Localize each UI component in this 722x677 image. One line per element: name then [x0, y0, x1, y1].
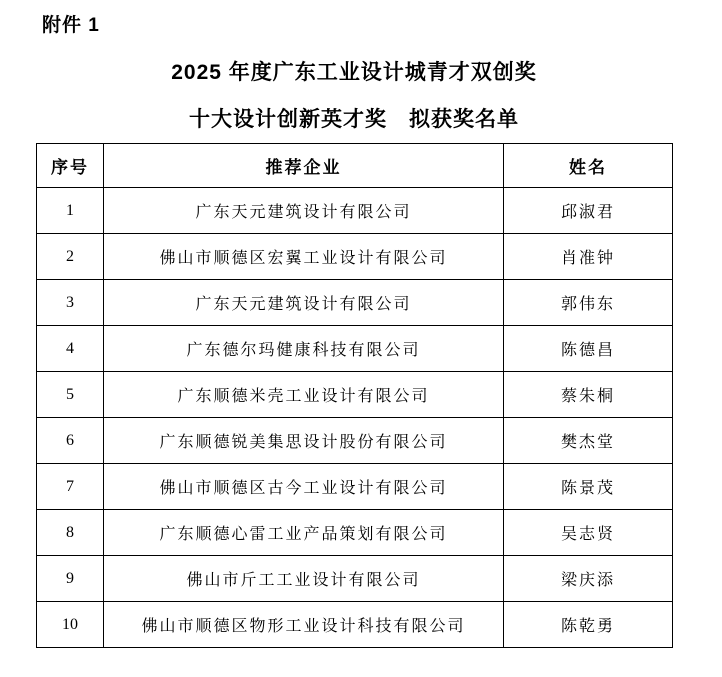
cell-no: 1 [37, 188, 104, 234]
table-row: 1 广东天元建筑设计有限公司 邱淑君 [37, 188, 673, 234]
document-page: 附件 1 2025 年度广东工业设计城青才双创奖 十大设计创新英才奖 拟获奖名单… [0, 0, 722, 677]
cell-no: 6 [37, 418, 104, 464]
table-row: 7 佛山市顺德区古今工业设计有限公司 陈景茂 [37, 464, 673, 510]
doc-title: 2025 年度广东工业设计城青才双创奖 [36, 56, 672, 86]
cell-no: 3 [37, 280, 104, 326]
cell-name: 陈景茂 [504, 464, 673, 510]
doc-subtitle: 十大设计创新英才奖 拟获奖名单 [36, 103, 672, 133]
cell-name: 陈德昌 [504, 326, 673, 372]
cell-company: 佛山市斤工工业设计有限公司 [104, 556, 504, 602]
cell-company: 佛山市顺德区古今工业设计有限公司 [104, 464, 504, 510]
table-row: 9 佛山市斤工工业设计有限公司 梁庆添 [37, 556, 673, 602]
cell-company: 广东天元建筑设计有限公司 [104, 188, 504, 234]
cell-name: 吴志贤 [504, 510, 673, 556]
table-header-row: 序号 推荐企业 姓名 [37, 144, 673, 188]
col-header-company: 推荐企业 [104, 144, 504, 188]
cell-no: 4 [37, 326, 104, 372]
table-row: 3 广东天元建筑设计有限公司 郭伟东 [37, 280, 673, 326]
table-row: 8 广东顺德心雷工业产品策划有限公司 吴志贤 [37, 510, 673, 556]
table-row: 6 广东顺德锐美集思设计股份有限公司 樊杰堂 [37, 418, 673, 464]
cell-company: 广东顺德米壳工业设计有限公司 [104, 372, 504, 418]
table-row: 2 佛山市顺德区宏翼工业设计有限公司 肖准钟 [37, 234, 673, 280]
cell-no: 10 [37, 602, 104, 648]
table-row: 4 广东德尔玛健康科技有限公司 陈德昌 [37, 326, 673, 372]
cell-no: 7 [37, 464, 104, 510]
cell-name: 邱淑君 [504, 188, 673, 234]
col-header-index: 序号 [37, 144, 104, 188]
cell-company: 广东天元建筑设计有限公司 [104, 280, 504, 326]
award-table: 序号 推荐企业 姓名 1 广东天元建筑设计有限公司 邱淑君 2 佛山市顺德区宏翼… [36, 143, 673, 648]
cell-name: 樊杰堂 [504, 418, 673, 464]
cell-name: 陈乾勇 [504, 602, 673, 648]
attachment-label: 附件 1 [42, 10, 100, 37]
cell-name: 梁庆添 [504, 556, 673, 602]
cell-company: 广东顺德锐美集思设计股份有限公司 [104, 418, 504, 464]
cell-name: 郭伟东 [504, 280, 673, 326]
cell-no: 9 [37, 556, 104, 602]
table-row: 10 佛山市顺德区物形工业设计科技有限公司 陈乾勇 [37, 602, 673, 648]
col-header-name: 姓名 [504, 144, 673, 188]
cell-name: 蔡朱桐 [504, 372, 673, 418]
cell-no: 2 [37, 234, 104, 280]
cell-company: 广东顺德心雷工业产品策划有限公司 [104, 510, 504, 556]
cell-company: 佛山市顺德区宏翼工业设计有限公司 [104, 234, 504, 280]
cell-company: 佛山市顺德区物形工业设计科技有限公司 [104, 602, 504, 648]
cell-company: 广东德尔玛健康科技有限公司 [104, 326, 504, 372]
cell-name: 肖准钟 [504, 234, 673, 280]
table-row: 5 广东顺德米壳工业设计有限公司 蔡朱桐 [37, 372, 673, 418]
cell-no: 5 [37, 372, 104, 418]
cell-no: 8 [37, 510, 104, 556]
